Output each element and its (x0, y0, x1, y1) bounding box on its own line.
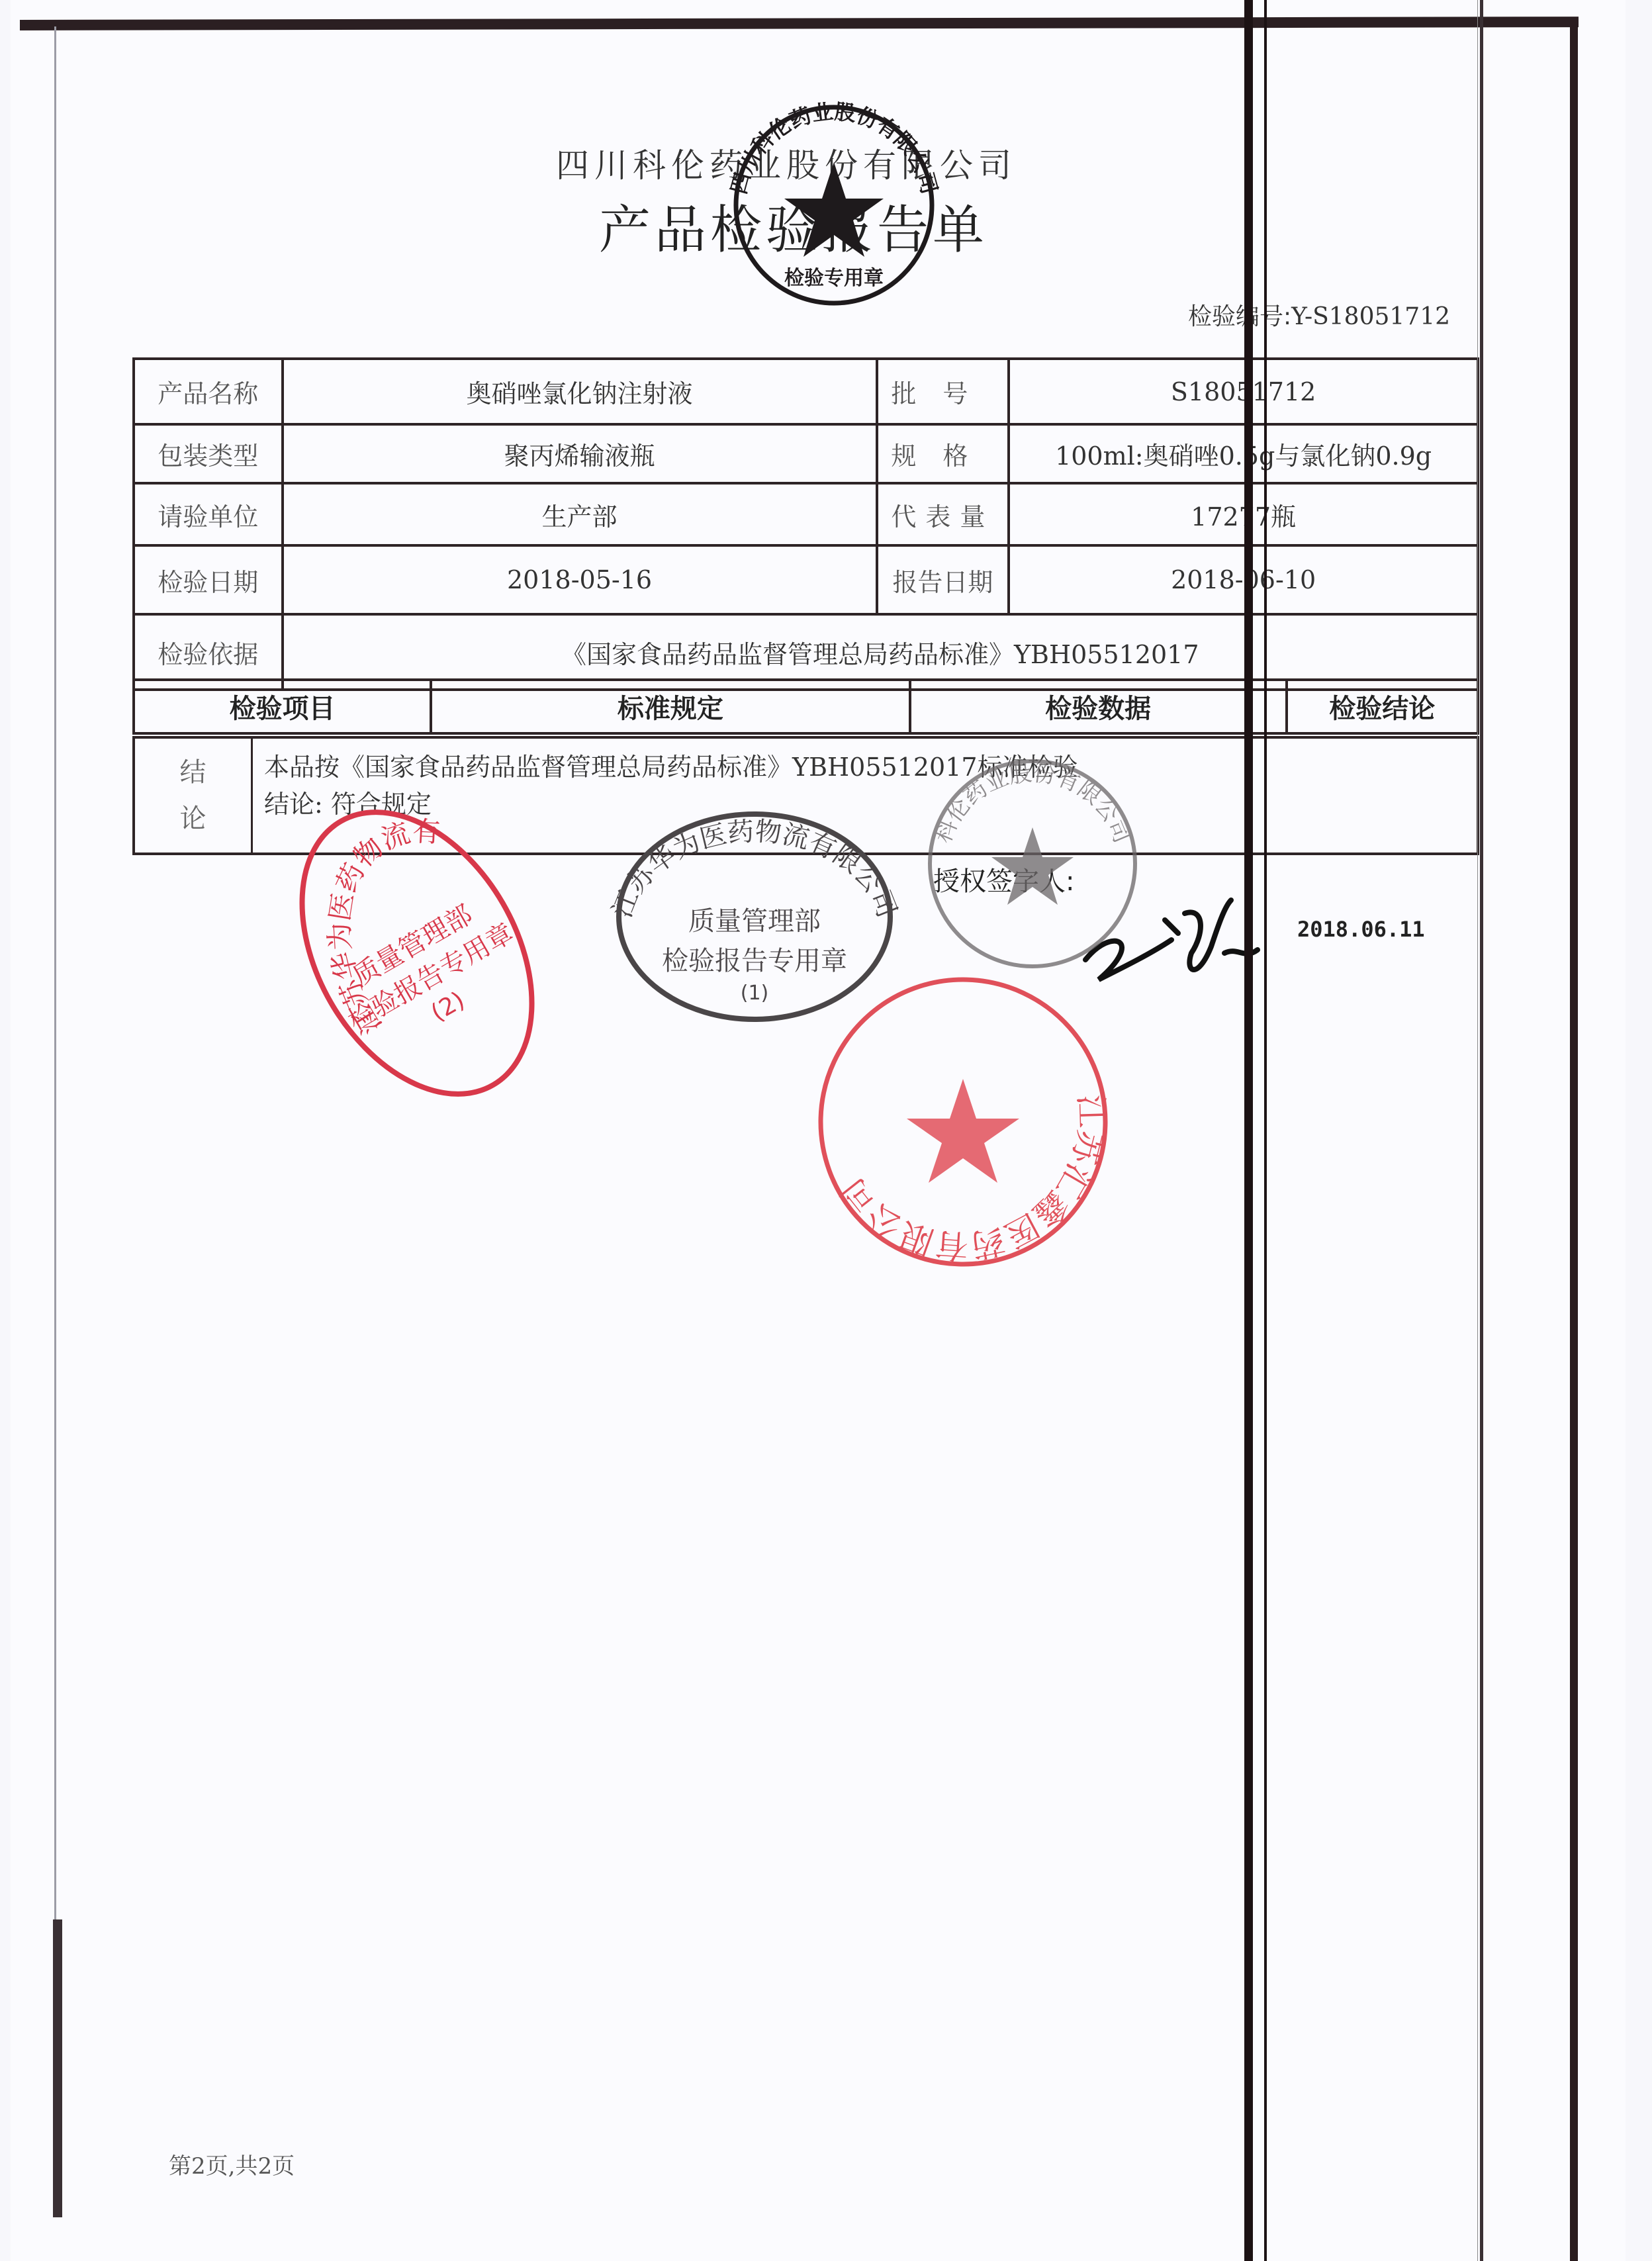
authorized-signer-label: 授权签字人: (933, 860, 1074, 898)
test-date-label: 检验日期 (134, 545, 283, 614)
scan-artifact-line (1480, 0, 1483, 2261)
table-header-row: 检验项目 标准规定 检验数据 检验结论 (134, 680, 1478, 733)
company-name: 四川科伦药业股份有限公司 (556, 139, 1017, 187)
signature-date: 2018.06.11 (1297, 917, 1425, 942)
conclusion-text: 本品按《国家食品药品监督管理总局药品标准》YBH05512017标准检验 结论:… (264, 749, 1078, 823)
quantity-value: 17277瓶 (1009, 483, 1478, 545)
report-number-value: Y-S18051712 (1291, 303, 1450, 330)
spec-value: 100ml:奥硝唑0.5g与氯化钠0.9g (1009, 424, 1478, 483)
scan-artifact-line (1244, 0, 1253, 2261)
test-items-header: 检验项目 标准规定 检验数据 检验结论 (132, 678, 1479, 735)
document-page (11, 0, 1626, 2261)
conclusion-box: 结 论 本品按《国家食品药品监督管理总局药品标准》YBH05512017标准检验… (132, 736, 1479, 855)
package-value: 聚丙烯输液瓶 (283, 424, 877, 483)
product-name-value: 奥硝唑氯化钠注射液 (283, 359, 877, 424)
conclusion-line-1: 本品按《国家食品药品监督管理总局药品标准》YBH05512017标准检验 (264, 749, 1078, 786)
frame-left-line-bottom (53, 1919, 62, 2217)
scan-artifact-line (1264, 0, 1267, 2261)
table-row: 产品名称 奥硝唑氯化钠注射液 批号 S18051712 (134, 359, 1478, 424)
handwritten-signature (1072, 880, 1271, 986)
col-standard: 标准规定 (431, 680, 910, 733)
table-row: 请验单位 生产部 代表量 17277瓶 (134, 483, 1478, 545)
scan-artifact-line (1477, 0, 1478, 2261)
frame-right-line (1570, 20, 1578, 2261)
spec-label: 规格 (877, 424, 1009, 483)
frame-left-line (54, 26, 56, 2211)
requester-value: 生产部 (283, 483, 877, 545)
test-date-value: 2018-05-16 (283, 545, 877, 614)
requester-label: 请验单位 (134, 483, 283, 545)
table-row: 检验日期 2018-05-16 报告日期 2018-06-10 (134, 545, 1478, 614)
document-title: 产品检验报告单 (599, 189, 988, 263)
info-table: 产品名称 奥硝唑氯化钠注射液 批号 S18051712 包装类型 聚丙烯输液瓶 … (132, 357, 1479, 691)
col-test-data: 检验数据 (910, 680, 1287, 733)
package-label: 包装类型 (134, 424, 283, 483)
page-number: 第2页,共2页 (169, 2148, 295, 2180)
batch-label: 批号 (877, 359, 1009, 424)
report-date-label: 报告日期 (877, 545, 1009, 614)
batch-value: S18051712 (1009, 359, 1478, 424)
conclusion-label: 结 论 (135, 739, 253, 853)
report-date-value: 2018-06-10 (1009, 545, 1478, 614)
table-row: 包装类型 聚丙烯输液瓶 规格 100ml:奥硝唑0.5g与氯化钠0.9g (134, 424, 1478, 483)
product-name-label: 产品名称 (134, 359, 283, 424)
col-test-conclusion: 检验结论 (1287, 680, 1478, 733)
report-number: 检验编号:Y-S18051712 (1188, 298, 1450, 332)
conclusion-line-2: 结论: 符合规定 (264, 786, 1078, 823)
col-test-item: 检验项目 (134, 680, 431, 733)
quantity-label: 代表量 (877, 483, 1009, 545)
report-number-label: 检验编号: (1188, 303, 1291, 330)
